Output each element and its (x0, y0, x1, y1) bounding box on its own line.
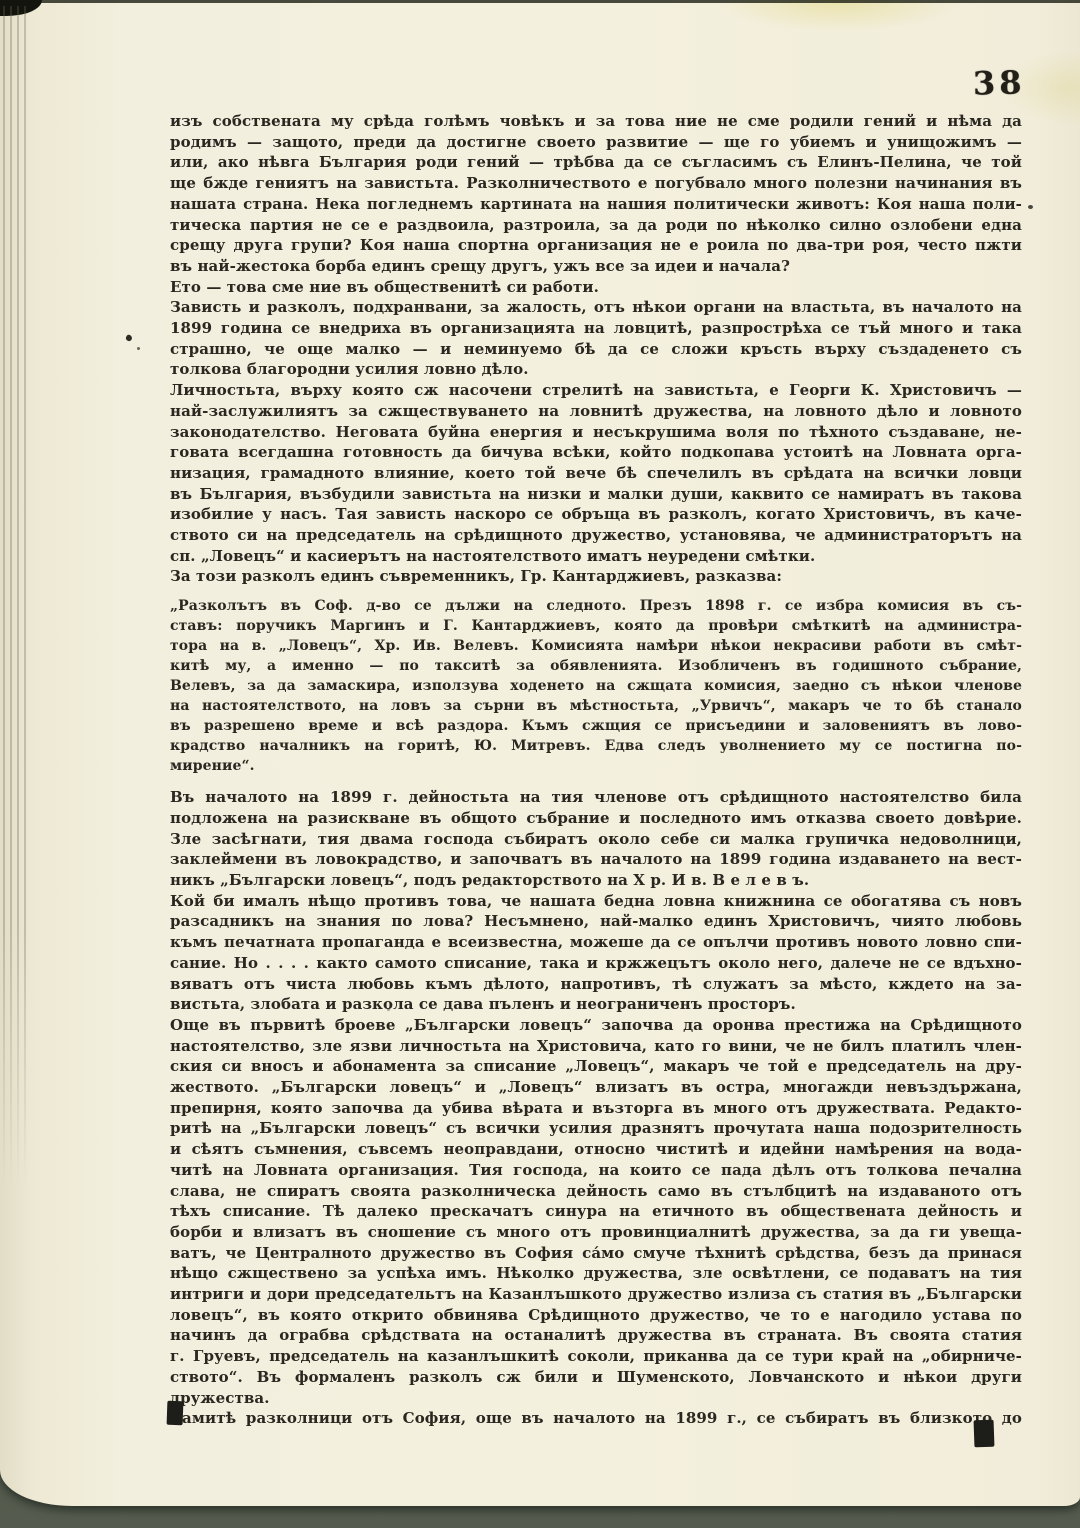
paragraph: изъ собствената му срѣда голѣмъ човѣкъ и… (170, 111, 1022, 277)
text-line: Ето — това сме ние въ общественитѣ си ра… (170, 277, 1022, 298)
scan-speck (387, 1008, 390, 1011)
text-line: никъ „Български ловецъ“, подъ редакторст… (170, 870, 1022, 891)
text-column: изъ собствената му срѣда голѣмъ човѣкъ и… (170, 111, 1022, 1429)
text-line: страшно, че още малко — и неминуемо бѣ д… (170, 339, 1022, 360)
text-line: толкова благородни усилия ловно дѣло. (170, 359, 1022, 380)
scan-speck (125, 334, 133, 342)
text-line: 1899 година се внедриха въ организацията… (170, 318, 1022, 339)
book-page-stack-edges (3, 6, 31, 1186)
text-line: или, ако нѣвга България роди гений — трѣ… (170, 152, 1022, 173)
text-line: ритѣ на „Български ловецъ“ съ всички уси… (170, 1118, 1022, 1139)
text-line: изъ собствената му срѣда голѣмъ човѣкъ и… (170, 111, 1022, 132)
text-line: препирня, която започва да убива вѣрата … (170, 1098, 1022, 1119)
text-line: заклеймени въ ловокрадство, и започватъ … (170, 849, 1022, 870)
scan-top-edge (0, 0, 1080, 3)
paragraph: Въ началото на 1899 г. дейностьта на тия… (170, 787, 1022, 891)
text-line: вяватъ отъ чиста любовь къмъ дѣлото, нап… (170, 974, 1022, 995)
text-line: най-заслужилиятъ за сжществуването на ло… (170, 401, 1022, 422)
paragraph: Зависть и разколъ, подхранвани, за жалос… (170, 297, 1022, 380)
paragraph: Личностьта, върху която сж насочени стре… (170, 380, 1022, 566)
text-line: тора на в. „Ловецъ“, Хр. Ив. Велевъ. Ком… (170, 636, 1022, 656)
text-line: Самитѣ разколници отъ София, още въ нача… (170, 1408, 1022, 1429)
text-line: срещу друга групи? Коя наша спортна орга… (170, 235, 1022, 256)
text-line: Велевъ, за да замаскира, използува ходен… (170, 676, 1022, 696)
text-line: Още въ първитѣ броеве „Български ловецъ“… (170, 1015, 1022, 1036)
text-line: г. Груевъ, председатель на казанлъшкитѣ … (170, 1346, 1022, 1367)
text-line: Личностьта, върху която сж насочени стре… (170, 380, 1022, 401)
scan-speck (1028, 205, 1033, 209)
text-line: Зависть и разколъ, подхранвани, за жалос… (170, 297, 1022, 318)
text-line: Кой би ималъ нѣщо противъ това, че нашат… (170, 891, 1022, 912)
text-line: родимъ — защото, преди да достигне своет… (170, 132, 1022, 153)
text-line: ватъ, че Централното дружество въ София … (170, 1243, 1022, 1264)
text-line: нѣщо сжществено за успѣха имъ. Нѣколко д… (170, 1263, 1022, 1284)
paragraph: Още въ първитѣ броеве „Български ловецъ“… (170, 1015, 1022, 1429)
text-line: интриги и дори председательтъ на Казанлъ… (170, 1284, 1022, 1305)
text-line: изобилие у насъ. Тая зависть наскоро се … (170, 504, 1022, 525)
text-line: настоятелство, зле язви личностьта на Хр… (170, 1036, 1022, 1057)
text-line: ставъ: поручикъ Маргинъ и Г. Кантарджиев… (170, 616, 1022, 636)
text-line: Въ началото на 1899 г. дейностьта на тия… (170, 787, 1022, 808)
text-line: подложена на разискване въ общото събран… (170, 808, 1022, 829)
text-line: ще бжде гениятъ на завистьта. Разколниче… (170, 173, 1022, 194)
paragraph: Кой би ималъ нѣщо противъ това, че нашат… (170, 891, 1022, 1015)
text-line: въ разрешено време и всѣ раздора. Къмъ с… (170, 716, 1022, 736)
text-line: ството“. Въ формаленъ разколъ сж били и … (170, 1367, 1022, 1408)
text-line: тѣхъ списание. Тѣ далеко прескачатъ сину… (170, 1201, 1022, 1222)
text-line: сание. Но . . . . както самото списание,… (170, 953, 1022, 974)
text-line: Зле засѣгнати, тия двама господа събират… (170, 829, 1022, 850)
text-line: говата всегдашна готовность да бичува вс… (170, 442, 1022, 463)
scan-ink-mark-right (974, 1420, 995, 1448)
text-line: За този разколъ единъ съвременникъ, Гр. … (170, 566, 1022, 587)
text-line: „Разколътъ въ Соф. д-во се дължи на след… (170, 596, 1022, 616)
text-line: въ България, възбудили завистьта на низк… (170, 484, 1022, 505)
scanned-book-page: { "page": { "number": "38" }, "colors": … (0, 0, 1080, 1528)
text-line: низация, грамадното влияние, което той в… (170, 463, 1022, 484)
quote-block: „Разколътъ въ Соф. д-во се дължи на след… (170, 596, 1022, 776)
text-line: начинъ да ограбва срѣдствата на останали… (170, 1325, 1022, 1346)
text-line: и сѣятъ съмнения, съвсемъ неоправдани, о… (170, 1139, 1022, 1160)
paper-sheet: 38 изъ собствената му срѣда голѣмъ човѣк… (0, 0, 1080, 1506)
page-number: 38 (973, 63, 1027, 102)
text-line: борби и влизатъ въ сношение съ много отъ… (170, 1222, 1022, 1243)
scan-ink-mark-left (167, 1401, 184, 1426)
text-line: сп. „Ловецъ“ и касиерътъ на настоятелств… (170, 546, 1022, 567)
text-line: къмъ печатната пропаганда е всеизвестна,… (170, 932, 1022, 953)
text-line: слава, не спиратъ своята разколническа д… (170, 1181, 1022, 1202)
text-line: крадство началникъ на горитѣ, Ю. Митревъ… (170, 736, 1022, 756)
text-line: нашата страна. Нека погледнемъ картината… (170, 194, 1022, 215)
scan-speck (137, 347, 140, 350)
text-line: ловецъ“, въ която открито обвинява Срѣди… (170, 1305, 1022, 1326)
text-line: въ най-жестока борба единъ срещу другъ, … (170, 256, 1022, 277)
paragraph: Ето — това сме ние въ общественитѣ си ра… (170, 277, 1022, 298)
text-line: китѣ му, а именно — по такситѣ за обявле… (170, 656, 1022, 676)
text-line: тическа партия не се е раздвоила, разтро… (170, 215, 1022, 236)
text-line: вистьта, злобата и разкола се дава пълен… (170, 994, 1022, 1015)
paragraph: За този разколъ единъ съвременникъ, Гр. … (170, 566, 1022, 587)
text-line: жеството. „Български ловецъ“ и „Ловецъ“ … (170, 1077, 1022, 1098)
text-line: на настоятелството, на ловъ за сърни въ … (170, 696, 1022, 716)
text-line: разсадникъ на знания по лова? Несъмнено,… (170, 911, 1022, 932)
text-line: ския си вносъ и абонамента за списание „… (170, 1056, 1022, 1077)
text-line: законодателство. Неговата буйна енергия … (170, 422, 1022, 443)
text-line: ството си на председатель на срѣдищното … (170, 525, 1022, 546)
text-line: мирение“. (170, 756, 1022, 776)
text-line: читѣ на Ловната организация. Тия господа… (170, 1160, 1022, 1181)
